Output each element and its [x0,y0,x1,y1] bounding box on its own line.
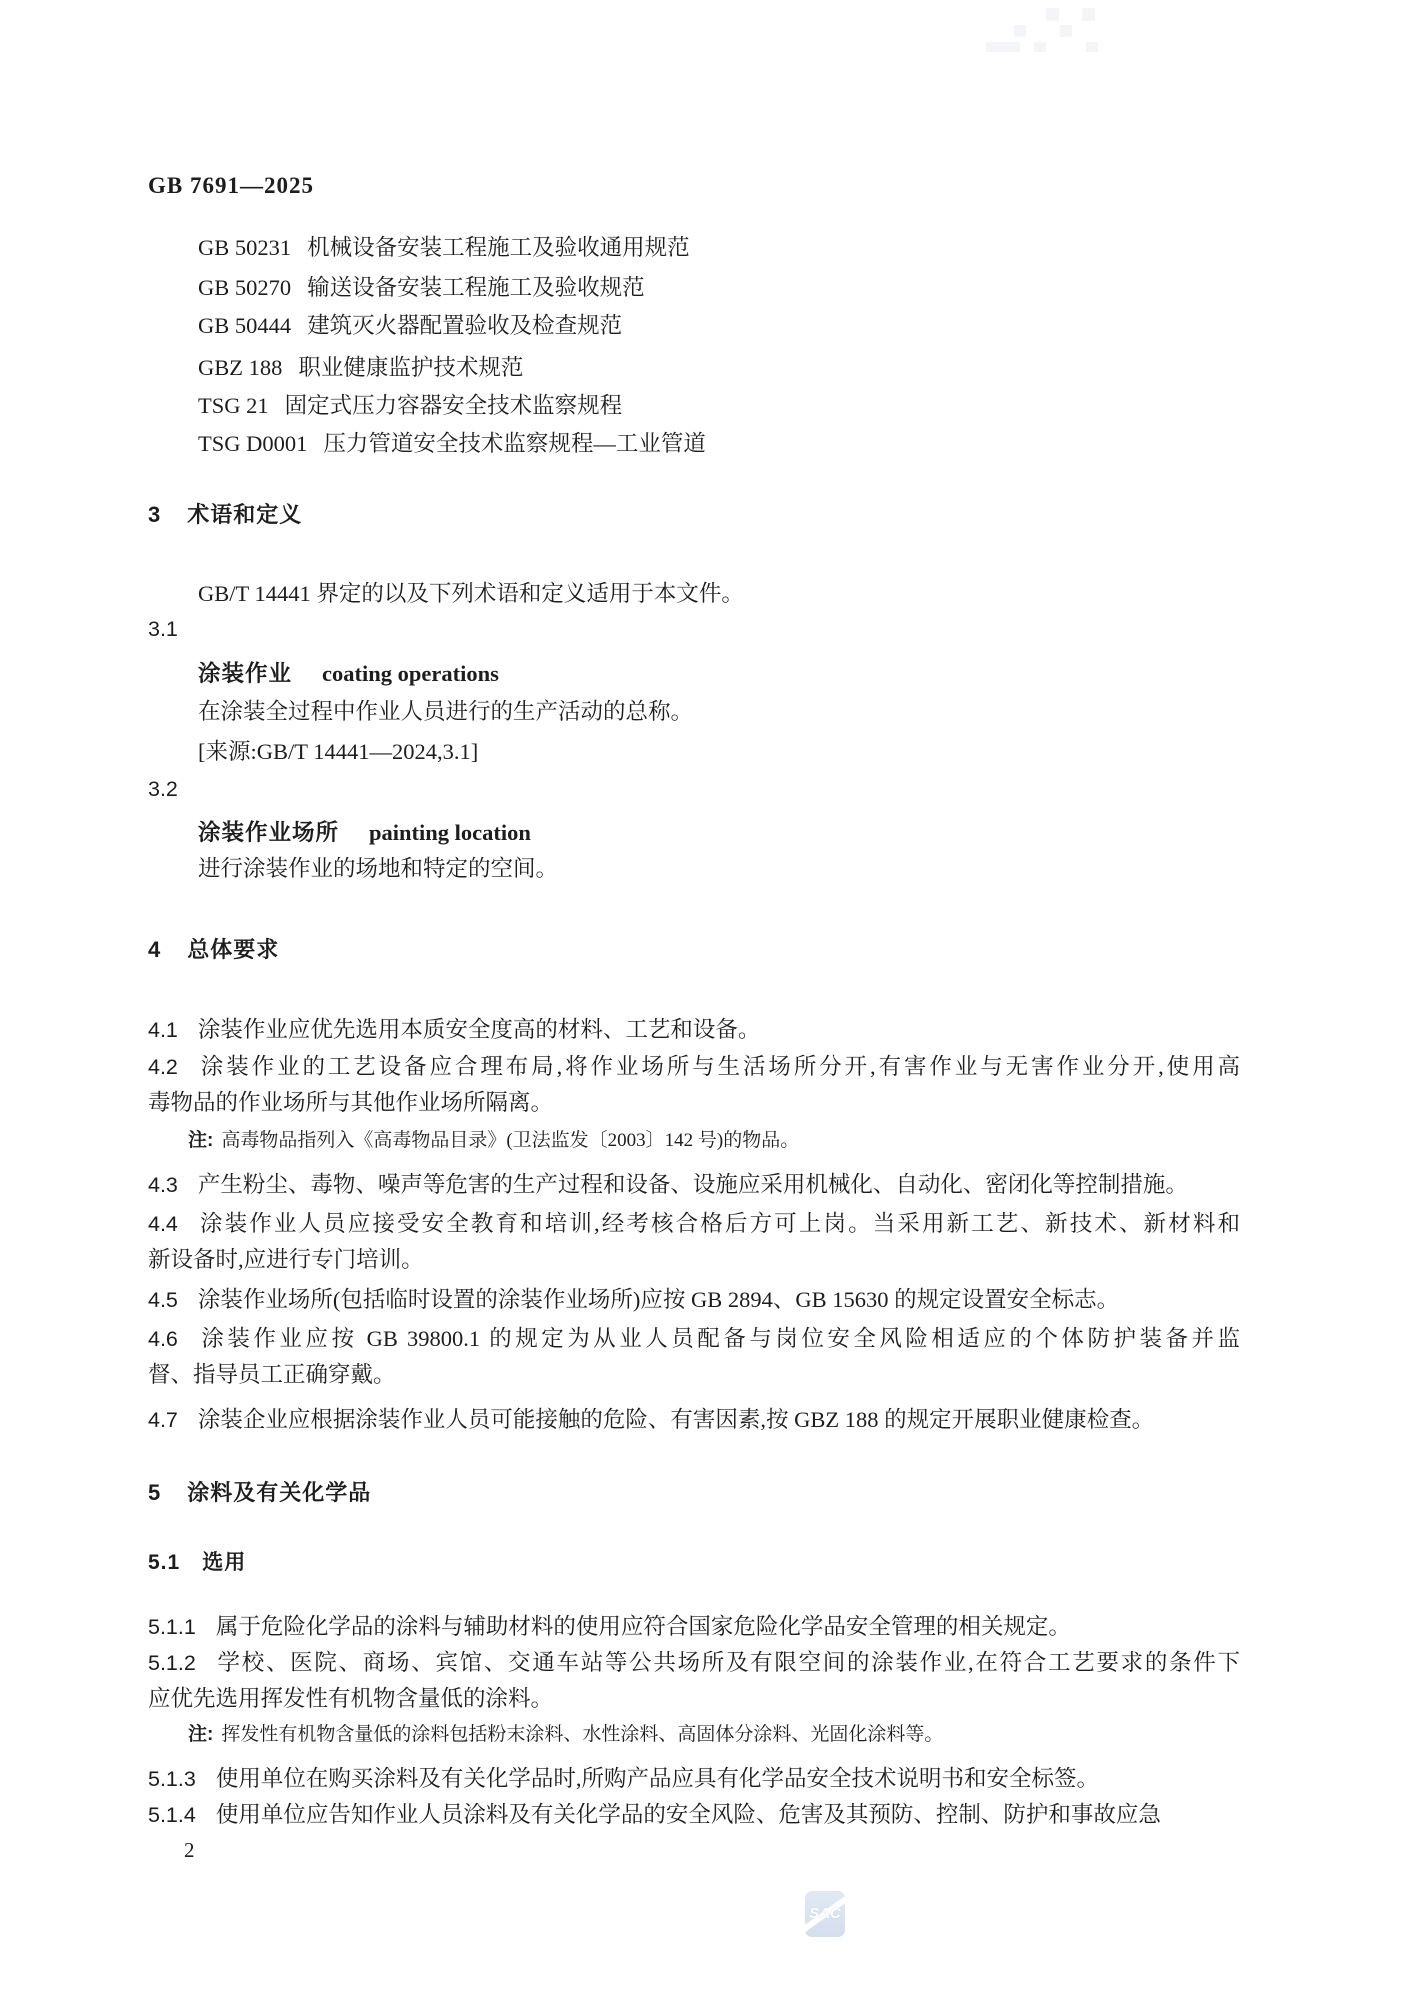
reference-title: 压力管道安全技术监察规程—工业管道 [323,431,706,456]
clause-4-6-cont: 督、指导员工正确穿戴。 [148,1360,396,1390]
term-number: 3.1 [148,614,178,644]
reference-item: TSG D0001压力管道安全技术监察规程—工业管道 [198,429,706,459]
reference-title: 输送设备安装工程施工及验收规范 [307,275,645,300]
clause-4-2-note: 注:高毒物品指列入《高毒物品目录》(卫法监发〔2003〕142 号)的物品。 [188,1128,799,1154]
reference-item: GB 50444建筑灭火器配置验收及检查规范 [198,311,622,341]
term-source: [来源:GB/T 14441—2024,3.1] [198,737,478,767]
clause-4-2-cont: 毒物品的作业场所与其他作业场所隔离。 [148,1088,553,1118]
clause-5-1-2: 5.1.2学校、医院、商场、宾馆、交通车站等公共场所及有限空间的涂装作业,在符合… [148,1648,1240,1678]
term-number: 3.2 [148,774,178,804]
reference-code: TSG 21 [198,393,269,418]
reference-item: GBZ 188职业健康监护技术规范 [198,353,523,383]
clause-5-1-2-note: 注:挥发性有机物含量低的涂料包括粉末涂料、水性涂料、高固体分涂料、光固化涂料等。 [188,1722,943,1748]
reference-item: TSG 21固定式压力容器安全技术监察规程 [198,391,622,421]
reference-title: 职业健康监护技术规范 [298,355,523,380]
term-definition: 在涂装全过程中作业人员进行的生产活动的总称。 [198,697,693,727]
term-entry: 涂装作业coating operations [198,659,499,689]
term-zh: 涂装作业场所 [198,820,339,845]
clause-5-1-1: 5.1.1属于危险化学品的涂料与辅助材料的使用应符合国家危险化学品安全管理的相关… [148,1612,1071,1642]
reference-code: GB 50270 [198,275,291,300]
clause-4-3: 4.3产生粉尘、毒物、噪声等危害的生产过程和设备、设施应采用机械化、自动化、密闭… [148,1170,1188,1200]
reference-item: GB 50270输送设备安装工程施工及验收规范 [198,273,645,303]
term-en: coating operations [322,661,499,686]
section-heading-3: 3术语和定义 [148,500,302,530]
document-page: GB 7691—2025 GB 50231机械设备安装工程施工及验收通用规范 G… [0,0,1413,2000]
term-definition: 进行涂装作业的场地和特定的空间。 [198,854,558,884]
sac-logo-text: SAC [807,1905,843,1922]
doc-code: GB 7691—2025 [148,171,314,201]
clause-4-2: 4.2涂装作业的工艺设备应合理布局,将作业场所与生活场所分开,有害作业与无害作业… [148,1052,1240,1082]
reference-code: GB 50444 [198,313,291,338]
clause-4-4-cont: 新设备时,应进行专门培训。 [148,1245,424,1275]
sac-watermark-logo: SAC [805,1891,845,1937]
term-en: painting location [369,820,531,845]
reference-code: GBZ 188 [198,355,282,380]
reference-title: 机械设备安装工程施工及验收通用规范 [307,235,690,260]
clause-5-1-3: 5.1.3使用单位在购买涂料及有关化学品时,所购产品应具有化学品安全技术说明书和… [148,1764,1099,1794]
reference-code: TSG D0001 [198,431,307,456]
reference-title: 固定式压力容器安全技术监察规程 [285,393,623,418]
clause-4-5: 4.5涂装作业场所(包括临时设置的涂装作业场所)应按 GB 2894、GB 15… [148,1285,1119,1315]
clause-5-1-2-cont: 应优先选用挥发性有机物含量低的涂料。 [148,1684,553,1714]
section3-intro: GB/T 14441 界定的以及下列术语和定义适用于本文件。 [198,579,744,609]
section-heading-4: 4总体要求 [148,935,279,965]
clause-4-6: 4.6涂装作业应按 GB 39800.1 的规定为从业人员配备与岗位安全风险相适… [148,1324,1240,1354]
term-zh: 涂装作业 [198,661,292,686]
clause-4-4: 4.4涂装作业人员应接受安全教育和培训,经考核合格后方可上岗。当采用新工艺、新技… [148,1209,1240,1239]
section-heading-5-1: 5.1选用 [148,1548,246,1578]
reference-code: GB 50231 [198,235,291,260]
reference-item: GB 50231机械设备安装工程施工及验收通用规范 [198,233,690,263]
term-entry: 涂装作业场所painting location [198,818,531,848]
reference-title: 建筑灭火器配置验收及检查规范 [307,313,622,338]
clause-4-1: 4.1涂装作业应优先选用本质安全度高的材料、工艺和设备。 [148,1015,760,1045]
section-heading-5: 5涂料及有关化学品 [148,1478,371,1508]
clause-4-7: 4.7涂装企业应根据涂装作业人员可能接触的危险、有害因素,按 GBZ 188 的… [148,1405,1154,1435]
page-number: 2 [184,1835,195,1865]
clause-5-1-4: 5.1.4使用单位应告知作业人员涂料及有关化学品的安全风险、危害及其预防、控制、… [148,1800,1161,1830]
